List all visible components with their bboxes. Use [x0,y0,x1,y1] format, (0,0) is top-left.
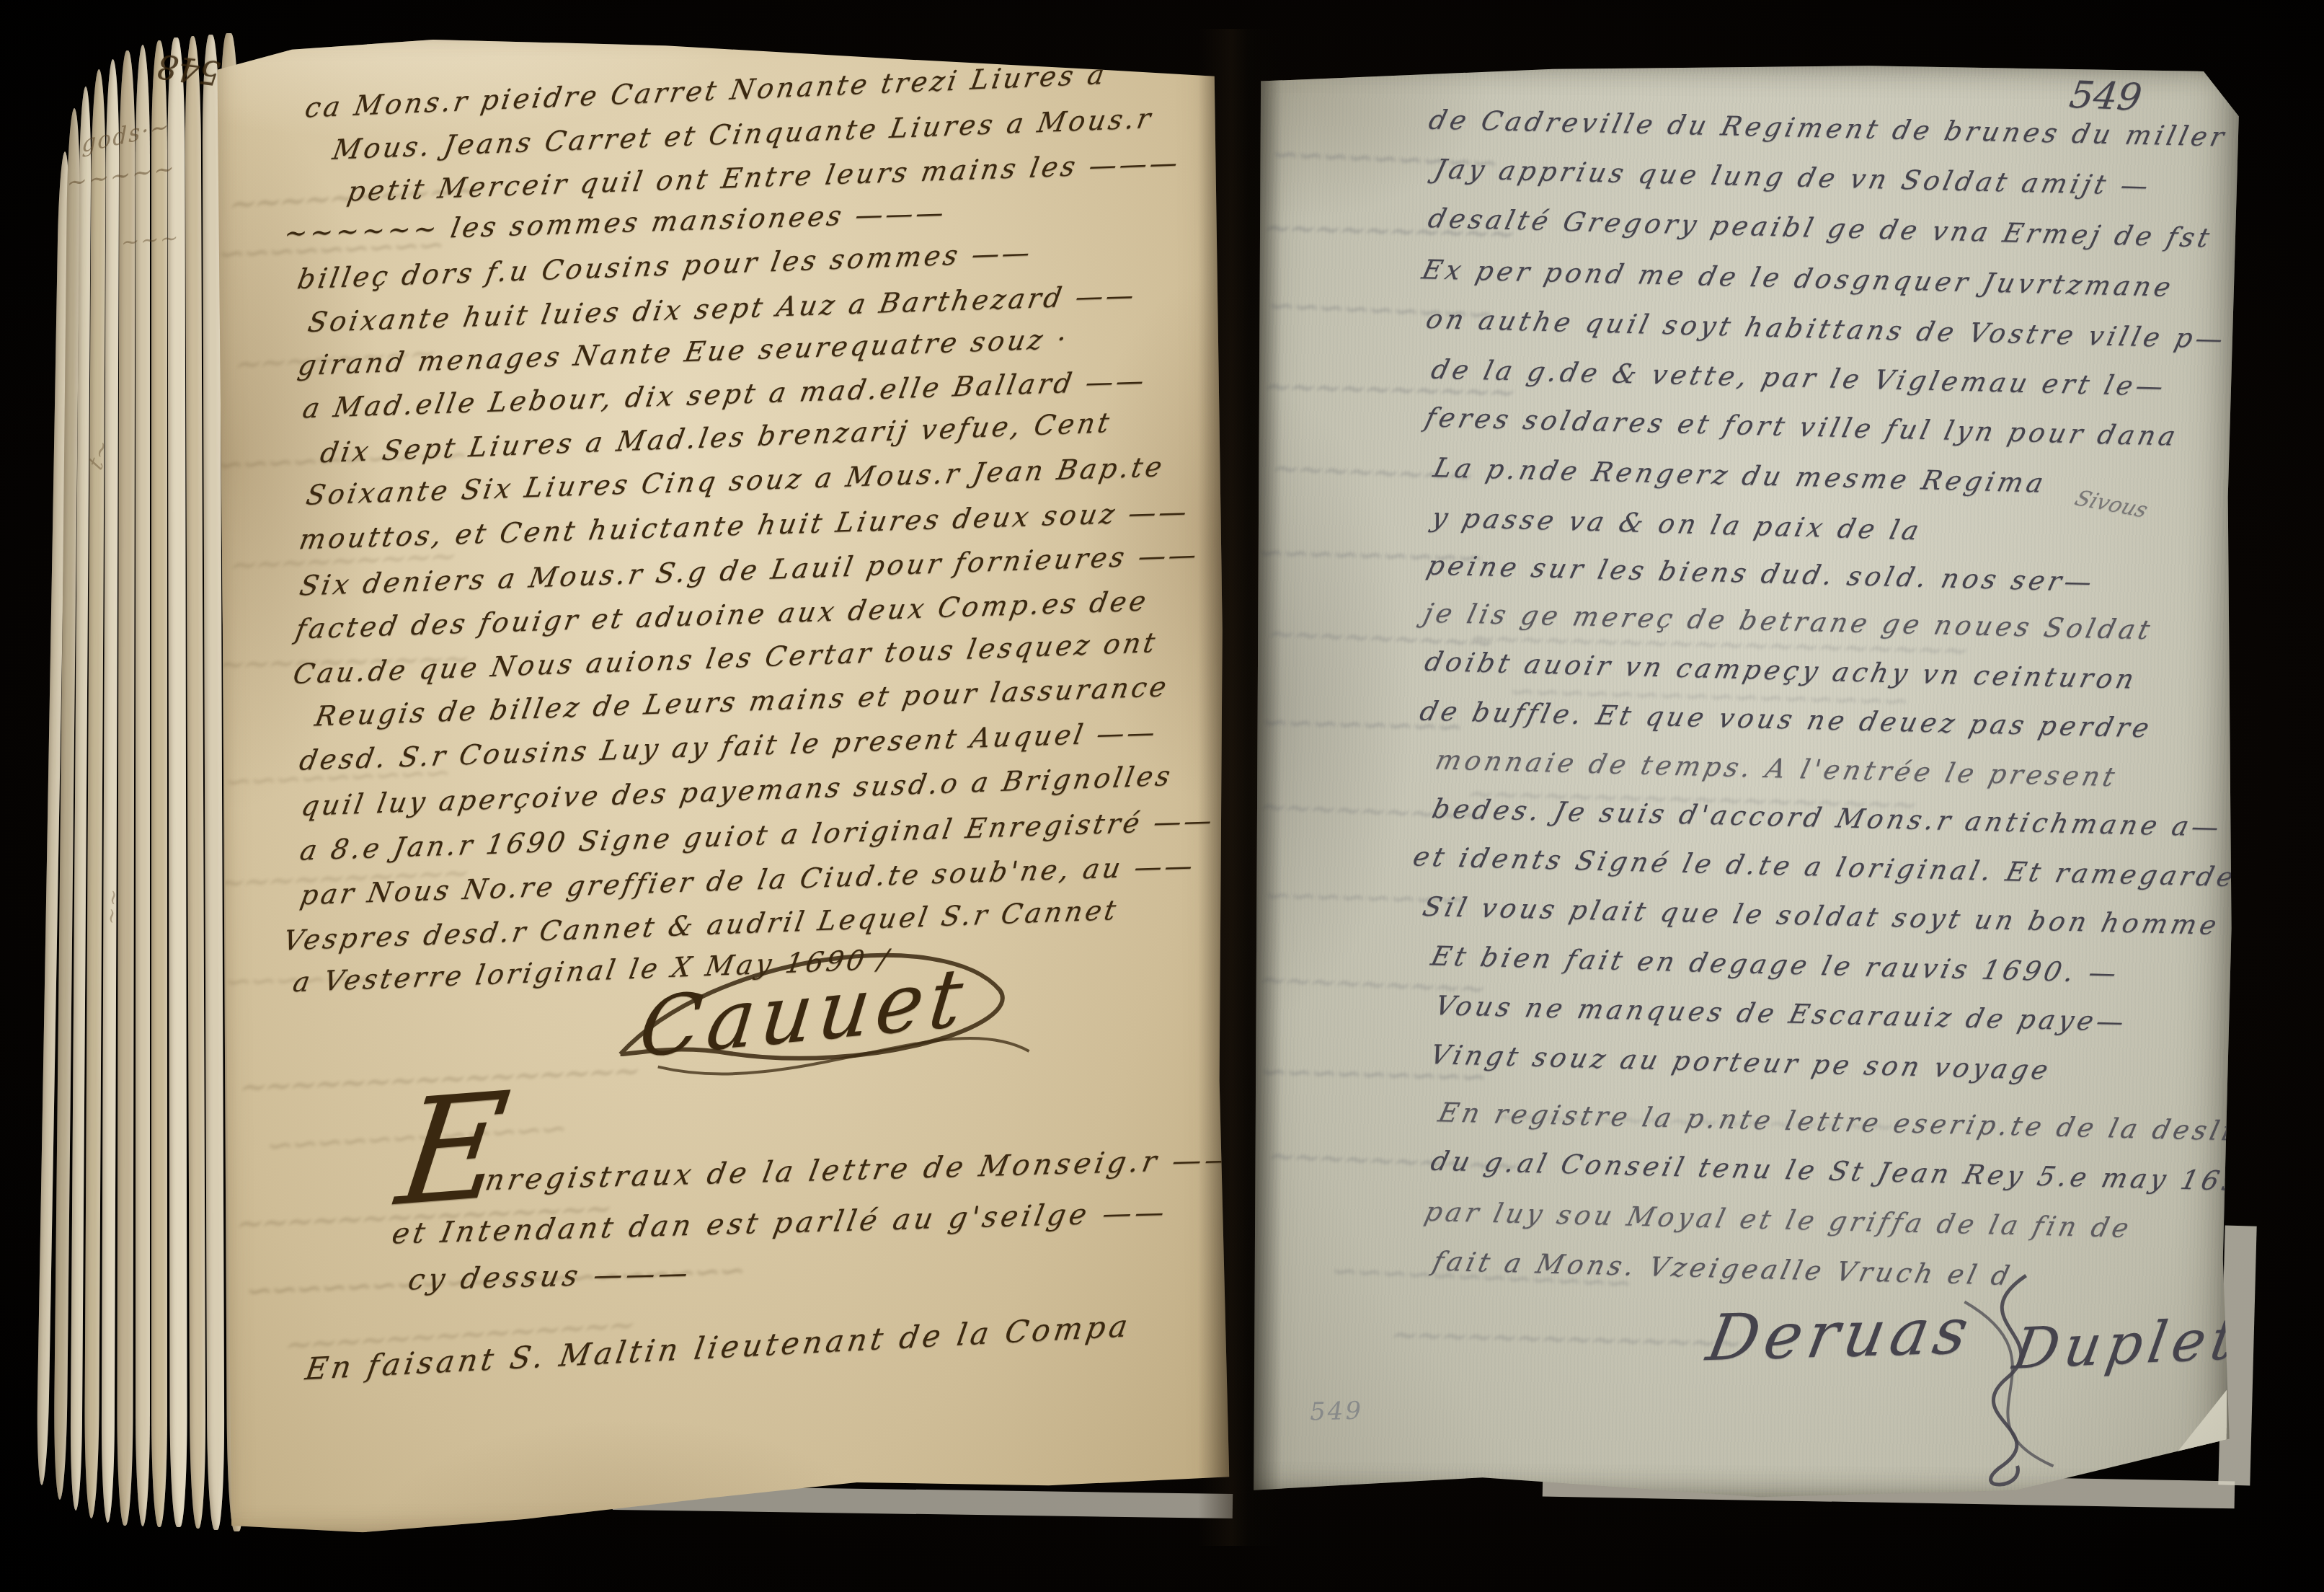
right-manuscript-page: ~~~~~~~~~~~~~~~~~~~~~~~~~~~~~~~~~~~~~~~~… [1246,58,2243,1504]
manuscript-photo: ~~~~~~~~~~~~~~~~~~~~~~~~~~~~~~~~~~~~~~~~… [0,0,2324,1592]
page-edge [117,50,136,1526]
manuscript-line: peine sur les biens dud. sold. nos ser— [1424,550,2098,598]
manuscript-line: Jay apprius que lung de vn Soldat amijt … [1432,154,2155,201]
left-manuscript-page: ~~~~~~~~~~~~~~~~~~~~~~~~~~~~~~~~~~~~~~~~… [211,30,1231,1538]
bleedthrough-mark: ~~~~~~~~~~~~~~ [1387,1314,1744,1362]
bleedthrough-layer: ~~~~~~~~~~~~~~~~~~~~~~~~~~~~~~~~~~~~~~~~… [1257,58,2243,66]
page-number: 549 [2067,74,2145,120]
manuscript-line: La p.nde Rengerz du mesme Regima [1430,452,2049,498]
manuscript-line: nregistraux de la lettre de Monseig.r —— [483,1143,1241,1197]
manuscript-line: on authe quil soyt habittans de Vostre v… [1423,304,2230,355]
manuscript-line: Ex per pond me de le dosgnquer Juvrtzman… [1419,254,2178,302]
margin-note: Sivous [2071,486,2152,523]
signature-paraph [1916,1269,2119,1494]
manuscript-line: Et bien fait en degage le rauvis 1690. — [1428,940,2123,989]
manuscript-line: Vingt souz au porteur pe son voyage [1427,1039,2055,1086]
manuscript-line: et idents Signé le d.te a loriginal. Et … [1410,841,2240,893]
manuscript-line: Vous ne manques de Escarauiz de paye— [1432,990,2131,1037]
manuscript-line: du g.al Conseil tenu le St Jean Rey 5.e … [1428,1146,2267,1198]
page-edge [167,37,187,1527]
page-number: 548 [155,47,223,93]
manuscript-line: de Cadreville du Regiment de brunes du m… [1426,105,2268,154]
page-edge [151,40,167,1527]
margin-scribble: ~~~ [120,225,181,256]
handwriting-layer: de Cadreville du Regiment de brunes du m… [1257,58,2243,66]
manuscript-line: feres soldares et fort ville ful lyn pou… [1422,402,2182,452]
bleedthrough-layer: ~~~~~~~~~~~~~~~~~~~~~~~~~~~~~~~~~~~~~~~~… [211,30,1220,37]
page-edge [136,45,150,1526]
handwriting-layer: ca Mons.r pieidre Carret Nonante trezi L… [211,30,1220,37]
manuscript-line: par luy sou Moyal et le griffa de la fin… [1422,1196,2135,1244]
pencil-folio-number: 549 [1310,1397,1364,1427]
manuscript-line: Sil vous plait que le soldat soyt un bon… [1420,891,2224,941]
manuscript-line: de la g.de & vette, par le Viglemau ert … [1428,354,2170,402]
manuscript-line: cy dessus ——— [406,1257,695,1297]
manuscript-line: desalté Gregory peaibl ge de vna Ermej d… [1425,203,2216,253]
manuscript-line: y passe va & on la paix de la [1429,502,1925,546]
margin-scribble: ~~ [99,884,125,928]
gutter-shadow [1198,29,1282,1546]
signature-flourish [606,936,1039,1090]
